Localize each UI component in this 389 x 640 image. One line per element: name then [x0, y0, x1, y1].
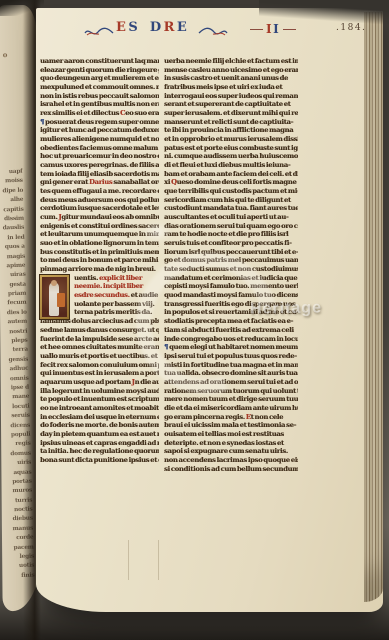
manuscript-text-line: non in istis rebus peccauit salomon rex — [40, 92, 159, 101]
chapter-numeral-text: II — [266, 23, 280, 36]
manuscript-text-line: enigenis et constitui ordines sacerdotu — [40, 222, 159, 231]
manuscript-text-line: mulieres alienigene numquid et nos in- — [40, 135, 159, 144]
manuscript-text-line: obedientes faciemus omne malum grande — [40, 144, 159, 153]
manuscript-text-line: uallo muris et portis et uectibus. et — [40, 352, 159, 361]
previous-page-text-line: moiss — [0, 177, 23, 187]
manuscript-text-line: in susis castro et uenit anani unus de — [164, 74, 298, 83]
prev-page-mark: o — [3, 51, 8, 58]
previous-page-text-line: alhe — [0, 196, 24, 206]
previous-page-text-line: quos a — [0, 243, 25, 253]
initial-lectern — [57, 293, 65, 307]
pen-flourish-left-icon — [84, 24, 114, 43]
manuscript-text-line: bus constitutis et in primitiuis memen- — [40, 248, 159, 257]
manuscript-text-line: sapoi si expugnare cum senatu uiris. — [164, 447, 298, 456]
running-title-letter: E — [177, 21, 187, 35]
manuscript-text-line: ram te hodie nocte et die pro filiis isr… — [164, 230, 298, 239]
previous-page-text-line: uiras — [0, 271, 26, 281]
manuscript-text-line: gni gener erat Darius sanaballat oroni — [40, 178, 159, 187]
running-title-letter: S — [128, 21, 137, 35]
manuscript-text-line: ¶ posuerat deus regem super omnem isrl — [40, 118, 159, 127]
previous-page-text-line: dauslis — [0, 224, 24, 234]
manuscript-text-line: deteripte. et non e synedas iostas et — [164, 439, 298, 448]
manuscript-text-line: manserunt et relicti sunt de captiuita- — [164, 118, 298, 127]
watermark-blob — [142, 221, 172, 243]
background-top-left — [0, 0, 44, 16]
manuscript-text-line: deus meus aduersum eos qui polluunt sa- — [40, 196, 159, 205]
manuscript-text-line: illa legerunt in uolumine moysi audien- — [40, 387, 159, 396]
manuscript-text-line: que terribilis qui custodis pactum et mi… — [164, 187, 298, 196]
manuscript-text-line: fecit rex salomon conuiuium omni populo — [40, 361, 159, 370]
running-title-letter — [140, 21, 147, 35]
manuscript-text-line: ouisatem ei tellias moi est restituas — [164, 430, 298, 439]
manuscript-text-line: do foderis ne morte. de bonis autem io- — [40, 421, 159, 430]
manuscript-text-line: suo et in oblatione lignorum in tempori- — [40, 239, 159, 248]
manuscript-text-line: patus est et porte eius combuste sunt ig… — [164, 144, 298, 153]
text-column-left: uamer aaron constituerunt laq manuum.ele… — [40, 57, 159, 465]
manuscript-text-line: ta initia. hec de regulatione quorum — [40, 447, 159, 456]
manuscript-text-line: seruis tuis et confiteor pro peccatis fi… — [164, 239, 298, 248]
running-title-letter: R — [164, 21, 175, 35]
manuscript-text-line: braui ei uicissim mala et testimonia se- — [164, 421, 298, 430]
watermark-text: Heritage — [250, 299, 322, 318]
manuscript-text-line: cum. Jgitur mundaui eos ab omnibus ali — [40, 213, 159, 222]
manuscript-text-line: aquarum usque ad portam Jn die autem — [40, 378, 159, 387]
running-title: ES DRE — [116, 21, 187, 35]
pen-flourish-right-icon — [198, 24, 228, 43]
parchment-crease — [128, 540, 129, 580]
manuscript-text-line: qui inuentus est in ierusalem a porta — [40, 369, 159, 378]
manuscript-text-line: mexpuluned et commouit omnes. numquid — [40, 83, 159, 92]
manuscript-text-line: cerdotium iusque sacerdotale et leuiti- — [40, 204, 159, 213]
running-title-letter: D — [150, 21, 161, 35]
manuscript-text-line: te ibi in prouincia in afflictione magna — [164, 126, 298, 135]
manuscript-text-line: quo deungeun arg et mulierem et eam — [40, 74, 159, 83]
manuscript-text-line: to mei deus in bonum et parce mihi sec. — [40, 256, 159, 265]
manuscript-text-line: eo ne introeant amonites et moabites — [40, 404, 159, 413]
manuscript-text-line: pinmag arriore ma de nig in breui. — [40, 265, 159, 274]
fore-edge-page-stack — [364, 12, 383, 602]
manuscript-text-line: custodiunt mandata tua. fiant aures tue — [164, 204, 298, 213]
manuscript-text-line: interrogaui eos super iudeos qui reman- — [164, 92, 298, 101]
manuscript-text-line: ipsius uineas et capras engaddi ad mul- — [40, 439, 159, 448]
manuscript-text-line: uamer aaron constituerunt laq manuum. — [40, 57, 159, 66]
manuscript-text-line: auscultantes et oculi tui aperti ut au- — [164, 213, 298, 222]
manuscript-text-line: sericordiam cum his qui te diligunt et — [164, 196, 298, 205]
manuscript-text-line: tes quem effugaui a me. recordare dne — [40, 187, 159, 196]
manuscript-text-line: si conditionis ad cum bellum secundum. — [164, 465, 298, 474]
manuscript-text-line: israhel et in gentibus multis non erat — [40, 100, 159, 109]
manuscript-text-line: bam et orabam ante faciem dei celi. et d… — [164, 170, 298, 179]
manuscript-text-line: dias orationem serui tui quam ego oro co… — [164, 222, 298, 231]
parchment-crease — [158, 540, 159, 580]
manuscript-text-line: di et fleui et luxi diebus multis ieiuna… — [164, 161, 298, 170]
manuscript-text-line: serant et supererant de captiuitate et — [164, 100, 298, 109]
manuscript-text-line: tem ioiada filij eliasib sacerdotis ma- — [40, 170, 159, 179]
folio-number: .184. — [336, 23, 366, 33]
manuscript-text-line: uerba neemie filij elchie et factum est … — [164, 57, 298, 66]
manuscript-text-line: eleazar genti quorum die ringeure gpsit — [40, 66, 159, 75]
manuscript-text-line: mense casleu anno uicesimo et ego eram — [164, 66, 298, 75]
manuscript-text-line: ni. cumque audissem uerba huiuscemodi se… — [164, 152, 298, 161]
manuscript-text-line: xi Queso domine deus celi fortis magne — [164, 178, 298, 187]
manuscript-photo: o uapfmoissdipe loalhecapitisdissimdausl… — [0, 0, 389, 640]
manuscript-text-line: in ecclesiam dei usque in eternum eo qd — [40, 413, 159, 422]
manuscript-text-line: hoc ut preuaricemur in deo nostro et du- — [40, 152, 159, 161]
manuscript-text-line: igitur et hunc ad peccatum deduxerunt — [40, 126, 159, 135]
historiated-initial — [39, 274, 70, 320]
manuscript-text-line: mere nomen tuum et dirige seruum tuum ho… — [164, 395, 298, 404]
manuscript-text-line: fratribus meis ipse et uiri ex iuda et — [164, 83, 298, 92]
running-title-letter: E — [116, 21, 126, 35]
manuscript-text-line: non accendens lacrimas ipso quoque eis — [164, 456, 298, 465]
manuscript-text-line: camus uxores peregrinas. de filiis au- — [40, 161, 159, 170]
manuscript-text-line: super ierusalem. et dixerunt mihi qui re… — [164, 109, 298, 118]
manuscript-text-line: bona sunt dicta punitione ipsius et cet. — [40, 456, 159, 465]
manuscript-text-line: te populo et inuentum est scriptum in — [40, 395, 159, 404]
manuscript-text-line: die et da ei misericordiam ante uirum hu… — [164, 404, 298, 413]
manuscript-text-line: go eram pincerna regis. Et non cele — [164, 413, 298, 422]
manuscript-text-line: day in pietem quantum ea est auet mult. — [40, 430, 159, 439]
manuscript-text-line: et in opprobrio et murus ierusalem dissi… — [164, 135, 298, 144]
chapter-numeral: II — [250, 23, 296, 36]
manuscript-text-line: rex similis ei et dilectus Ceo suo erat — [40, 109, 159, 118]
